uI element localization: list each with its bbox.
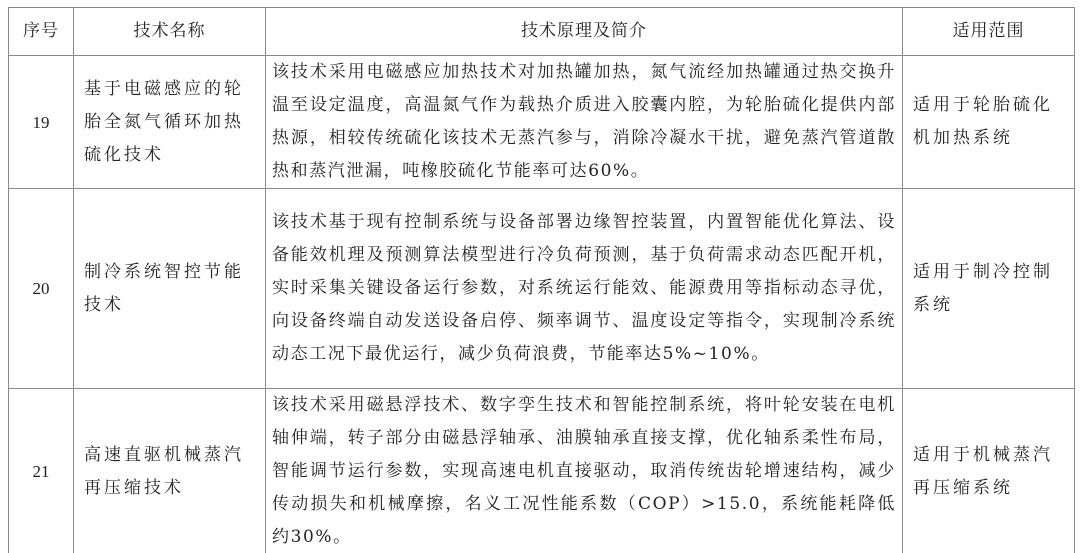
- table-row: 20 制冷系统智控节能技术 该技术基于现有控制系统与设备部署边缘智控装置，内置智…: [9, 189, 1075, 389]
- header-principle: 技术原理及简介: [266, 8, 903, 56]
- header-row: 序号 技术名称 技术原理及简介 适用范围: [9, 8, 1075, 56]
- header-name: 技术名称: [74, 8, 266, 56]
- technology-name: 高速直驱机械蒸汽再压缩技术: [74, 389, 266, 553]
- technology-principle: 该技术基于现有控制系统与设备部署边缘智控装置，内置智能优化算法、设备能效机理及预…: [266, 189, 903, 389]
- technology-principle: 该技术采用电磁感应加热技术对加热罐加热，氮气流经加热罐通过热交换升温至设定温度，…: [266, 56, 903, 189]
- table-row: 19 基于电磁感应的轮胎全氮气循环加热硫化技术 该技术采用电磁感应加热技术对加热…: [9, 56, 1075, 189]
- application-scope: 适用于轮胎硫化机加热系统: [903, 56, 1075, 189]
- row-number: 19: [9, 56, 74, 189]
- technology-name: 基于电磁感应的轮胎全氮气循环加热硫化技术: [74, 56, 266, 189]
- row-number: 20: [9, 189, 74, 389]
- technology-name: 制冷系统智控节能技术: [74, 189, 266, 389]
- table-row: 21 高速直驱机械蒸汽再压缩技术 该技术采用磁悬浮技术、数字孪生技术和智能控制系…: [9, 389, 1075, 553]
- technology-principle: 该技术采用磁悬浮技术、数字孪生技术和智能控制系统，将叶轮安装在电机轴伸端，转子部…: [266, 389, 903, 553]
- technology-table: 序号 技术名称 技术原理及简介 适用范围 19 基于电磁感应的轮胎全氮气循环加热…: [8, 7, 1075, 553]
- application-scope: 适用于制冷控制系统: [903, 189, 1075, 389]
- header-no: 序号: [9, 8, 74, 56]
- application-scope: 适用于机械蒸汽再压缩系统: [903, 389, 1075, 553]
- row-number: 21: [9, 389, 74, 553]
- header-scope: 适用范围: [903, 8, 1075, 56]
